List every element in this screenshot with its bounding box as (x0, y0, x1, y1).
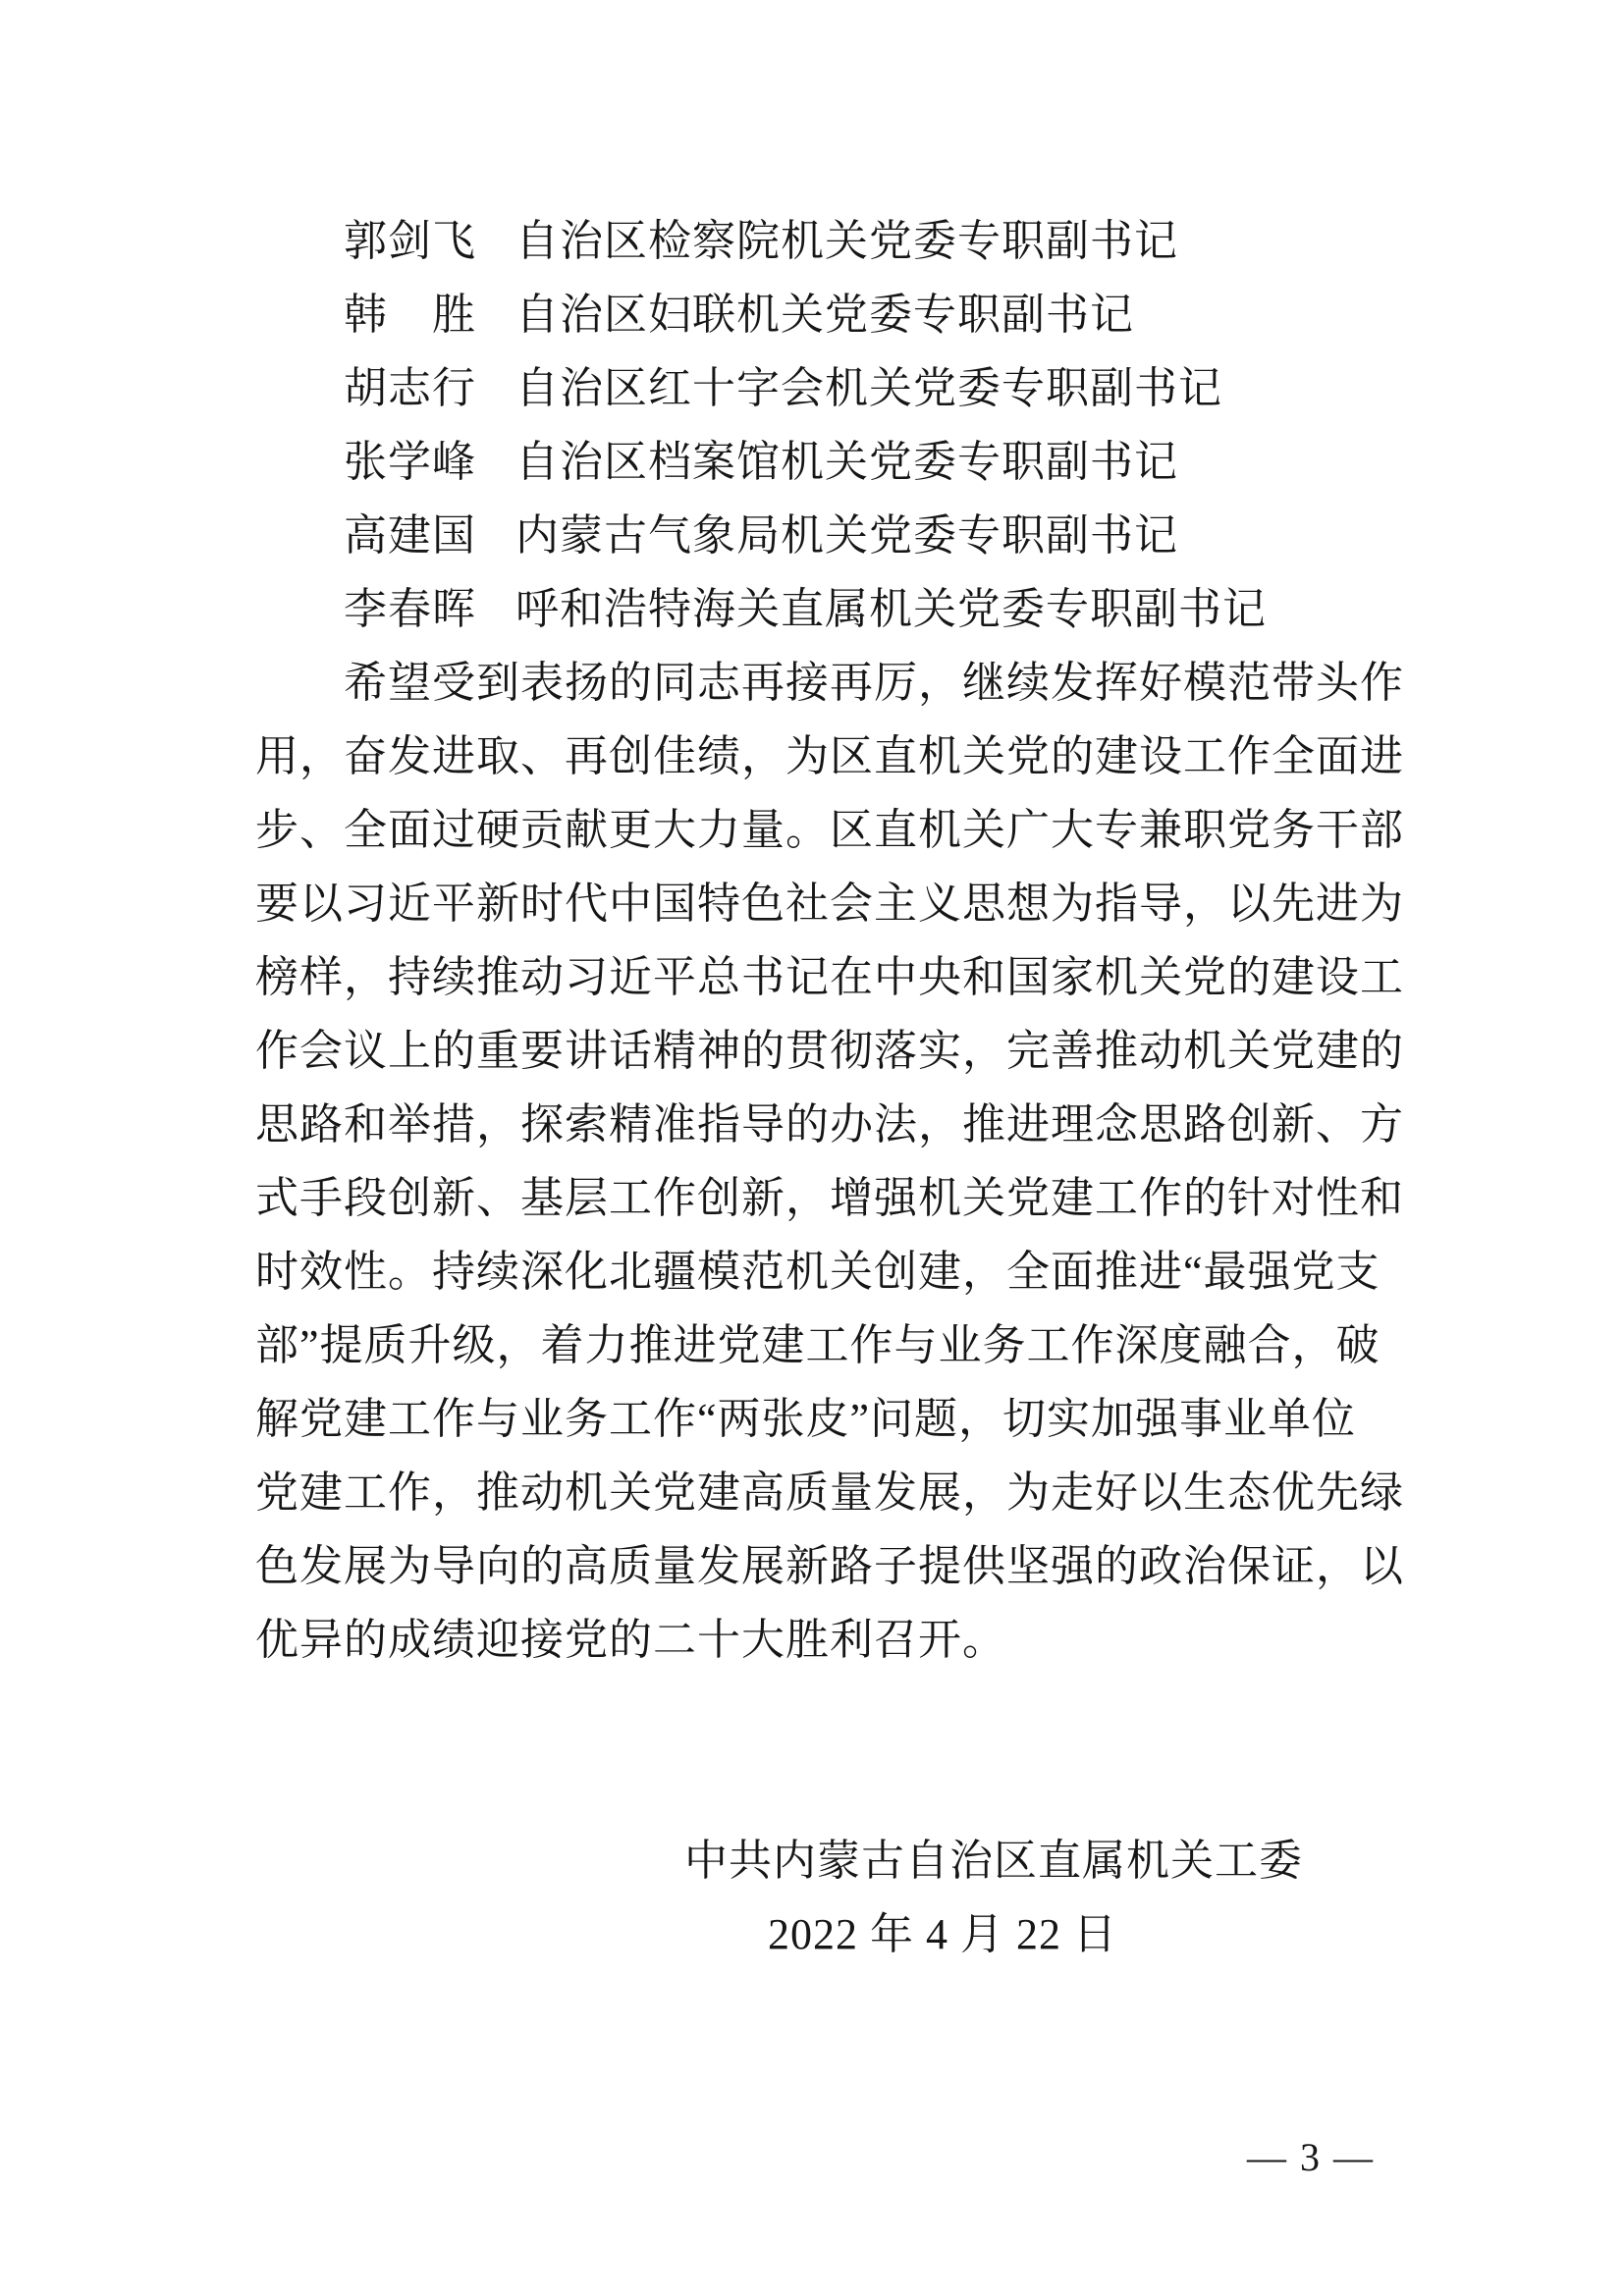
roster-title: 自治区档案馆机关党委专职副书记 (515, 425, 1178, 499)
roster-title: 内蒙古气象局机关党委专职副书记 (515, 499, 1178, 572)
paragraph-line: 时效性。持续深化北疆模范机关创建，全面推进“最强党支 (255, 1235, 1409, 1308)
document-page: 郭剑飞 自治区检察院机关党委专职副书记 韩 胜 自治区妇联机关党委专职副书记 胡… (0, 0, 1624, 2296)
roster-row: 韩 胜 自治区妇联机关党委专职副书记 (255, 278, 1409, 351)
paragraph-line: 作会议上的重要讲话精神的贯彻落实，完善推动机关党建的 (255, 1014, 1409, 1088)
document-body: 郭剑飞 自治区检察院机关党委专职副书记 韩 胜 自治区妇联机关党委专职副书记 胡… (255, 204, 1409, 1971)
roster: 郭剑飞 自治区检察院机关党委专职副书记 韩 胜 自治区妇联机关党委专职副书记 胡… (255, 204, 1409, 646)
signature-spacer (255, 1677, 1409, 1824)
roster-title: 呼和浩特海关直属机关党委专职副书记 (515, 572, 1267, 646)
main-paragraph: 希望受到表扬的同志再接再厉，继续发挥好模范带头作 用，奋发进取、再创佳绩，为区直… (255, 646, 1409, 1677)
paragraph-line: 用，奋发进取、再创佳绩，为区直机关党的建设工作全面进 (255, 720, 1409, 793)
signature-date: 2022 年 4 月 22 日 (255, 1897, 1409, 1971)
roster-name: 胡志行 (344, 351, 476, 425)
paragraph-line: 希望受到表扬的同志再接再厉，继续发挥好模范带头作 (255, 646, 1409, 720)
page-number: — 3 — (1247, 2123, 1375, 2192)
roster-row: 高建国 内蒙古气象局机关党委专职副书记 (255, 499, 1409, 572)
roster-title: 自治区检察院机关党委专职副书记 (515, 204, 1178, 278)
paragraph-line: 色发展为导向的高质量发展新路子提供坚强的政治保证，以 (255, 1529, 1409, 1603)
paragraph-line: 部”提质升级，着力推进党建工作与业务工作深度融合，破 (255, 1308, 1409, 1382)
roster-name: 张学峰 (344, 425, 476, 499)
paragraph-line: 步、全面过硬贡献更大力量。区直机关广大专兼职党务干部 (255, 793, 1409, 867)
roster-row: 李春晖 呼和浩特海关直属机关党委专职副书记 (255, 572, 1409, 646)
roster-name: 李春晖 (344, 572, 476, 646)
paragraph-line: 要以习近平新时代中国特色社会主义思想为指导，以先进为 (255, 867, 1409, 940)
paragraph-line: 式手段创新、基层工作创新，增强机关党建工作的针对性和 (255, 1161, 1409, 1235)
paragraph-line: 优异的成绩迎接党的二十大胜利召开。 (255, 1603, 1409, 1677)
roster-name: 郭剑飞 (344, 204, 476, 278)
roster-title: 自治区红十字会机关党委专职副书记 (515, 351, 1222, 425)
roster-row: 胡志行 自治区红十字会机关党委专职副书记 (255, 351, 1409, 425)
roster-name: 高建国 (344, 499, 476, 572)
paragraph-line: 榜样，持续推动习近平总书记在中央和国家机关党的建设工 (255, 940, 1409, 1014)
roster-row: 张学峰 自治区档案馆机关党委专职副书记 (255, 425, 1409, 499)
roster-name: 韩 胜 (344, 278, 476, 351)
paragraph-line: 党建工作，推动机关党建高质量发展，为走好以生态优先绿 (255, 1456, 1409, 1529)
paragraph-line: 思路和举措，探索精准指导的办法，推进理念思路创新、方 (255, 1088, 1409, 1161)
roster-title: 自治区妇联机关党委专职副书记 (515, 278, 1134, 351)
paragraph-line: 解党建工作与业务工作“两张皮”问题，切实加强事业单位 (255, 1382, 1409, 1456)
roster-row: 郭剑飞 自治区检察院机关党委专职副书记 (255, 204, 1409, 278)
signature-organization: 中共内蒙古自治区直属机关工委 (255, 1824, 1409, 1897)
